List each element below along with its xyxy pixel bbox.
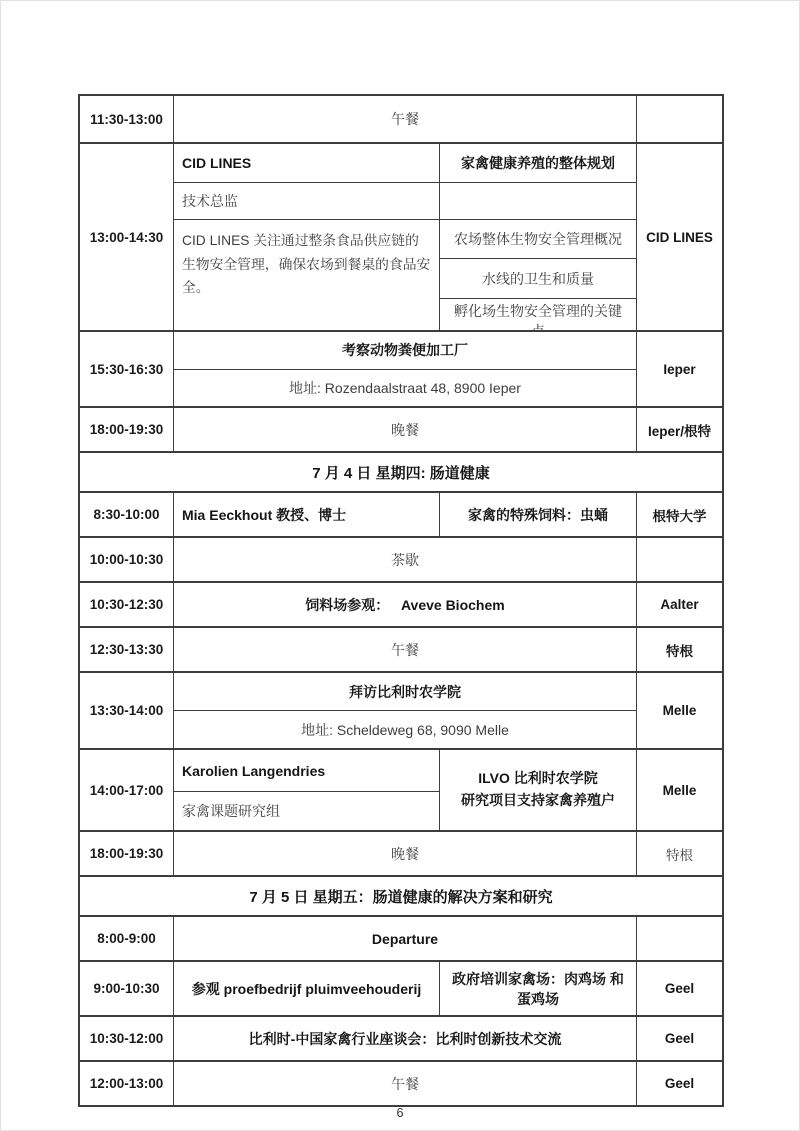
time-cell: 13:00-14:30 xyxy=(80,144,173,330)
time-cell: 12:00-13:00 xyxy=(80,1062,173,1105)
topic-main: 家禽健康养殖的整体规划 xyxy=(440,144,636,182)
activity-cell: 午餐 xyxy=(173,1062,636,1105)
time-cell: 18:00-19:30 xyxy=(80,832,173,875)
page-number: 6 xyxy=(1,1106,799,1120)
location-cell xyxy=(636,96,722,142)
location-cell: Melle xyxy=(636,750,722,830)
topic-column: 家禽的特殊饲料：虫蛹 xyxy=(439,493,636,536)
table-row-mia-eeckhout-lecture: 8:30-10:00 Mia Eeckhout 教授、博士 家禽的特殊饲料：虫蛹… xyxy=(80,491,722,536)
location-cell xyxy=(636,538,722,581)
time-cell: 13:30-14:00 xyxy=(80,673,173,748)
time-cell: 12:30-13:30 xyxy=(80,628,173,671)
speaker-column: CID LINES 技术总监 CID LINES 关注通过整条食品供应链的生物安… xyxy=(174,144,439,330)
schedule-table: 11:30-13:00 午餐 13:00-14:30 CID LINES 技术总… xyxy=(78,94,724,1107)
visit-content: 考察动物粪便加工厂 地址: Rozendaalstraat 48, 8900 I… xyxy=(173,332,636,406)
location-cell: Geel xyxy=(636,1062,722,1105)
day-header-title: 7 月 5 日 星期五：肠道健康的解决方案和研究 xyxy=(80,877,722,915)
visit-content: 拜访比利时农学院 地址: Scheldeweg 68, 9090 Melle xyxy=(173,673,636,748)
table-row-cid-lines-session: 13:00-14:30 CID LINES 技术总监 CID LINES 关注通… xyxy=(80,142,722,330)
location-cell: 根特大学 xyxy=(636,493,722,536)
document-page: 11:30-13:00 午餐 13:00-14:30 CID LINES 技术总… xyxy=(0,0,800,1131)
day-header-title: 7 月 4 日 星期四: 肠道健康 xyxy=(80,453,722,491)
topic-item: ILVO 比利时农学院 研究项目支持家禽养殖户 xyxy=(440,750,636,830)
visit-title: 拜访比利时农学院 xyxy=(174,673,636,710)
topic-column: ILVO 比利时农学院 研究项目支持家禽养殖户 xyxy=(439,750,636,830)
activity-cell: Departure xyxy=(173,917,636,960)
location-cell: Geel xyxy=(636,1017,722,1060)
speaker-column: Mia Eeckhout 教授、博士 xyxy=(174,493,439,536)
activity-cell: 茶歇 xyxy=(173,538,636,581)
location-cell: Ieper xyxy=(636,332,722,406)
table-row-lunch-day4: 12:30-13:30 午餐 特根 xyxy=(80,626,722,671)
location-cell: 特根 xyxy=(636,832,722,875)
speaker-name: Mia Eeckhout 教授、博士 xyxy=(174,493,439,536)
table-row-college-visit: 13:30-14:00 拜访比利时农学院 地址: Scheldeweg 68, … xyxy=(80,671,722,748)
location-cell: Geel xyxy=(636,962,722,1015)
table-row-feed-mill-visit: 10:30-12:30 饲料场参观： Aveve Biochem Aalter xyxy=(80,581,722,626)
visit-address: 地址: Scheldeweg 68, 9090 Melle xyxy=(174,710,636,748)
activity-cell: 饲料场参观： Aveve Biochem xyxy=(173,583,636,626)
topic-line: 研究项目支持家禽养殖户 xyxy=(461,790,615,812)
table-row-ilvo-session: 14:00-17:00 Karolien Langendries 家禽课题研究组… xyxy=(80,748,722,830)
speaker-name: Karolien Langendries xyxy=(174,750,439,791)
time-cell: 18:00-19:30 xyxy=(80,408,173,451)
speaker-column: Karolien Langendries 家禽课题研究组 xyxy=(174,750,439,830)
location-cell: Melle xyxy=(636,673,722,748)
visit-title: 参观 proefbedrijf pluimveehouderij xyxy=(174,962,439,1015)
table-row-dinner-day4: 18:00-19:30 晚餐 特根 xyxy=(80,830,722,875)
speaker-column: 参观 proefbedrijf pluimveehouderij xyxy=(174,962,439,1015)
table-row-manure-plant-visit: 15:30-16:30 考察动物粪便加工厂 地址: Rozendaalstraa… xyxy=(80,330,722,406)
speaker-description: CID LINES 关注通过整条食品供应链的生物安全管理，确保农场到餐桌的食品安… xyxy=(174,219,439,330)
topic-item: 农场整体生物安全管理概况 xyxy=(440,219,636,258)
speaker-title: 家禽课题研究组 xyxy=(174,791,439,830)
table-row-poultry-farm-visit: 9:00-10:30 参观 proefbedrijf pluimveehoude… xyxy=(80,960,722,1015)
table-row-symposium: 10:30-12:00 比利时-中国家禽行业座谈会：比利时创新技术交流 Geel xyxy=(80,1015,722,1060)
topic-column: 政府培训家禽场：肉鸡场 和蛋鸡场 xyxy=(439,962,636,1015)
table-row-lunch-day5: 12:00-13:00 午餐 Geel xyxy=(80,1060,722,1105)
day-header-july-5: 7 月 5 日 星期五：肠道健康的解决方案和研究 xyxy=(80,875,722,915)
session-content: 参观 proefbedrijf pluimveehouderij 政府培训家禽场… xyxy=(173,962,636,1015)
time-cell: 11:30-13:00 xyxy=(80,96,173,142)
day-header-july-4: 7 月 4 日 星期四: 肠道健康 xyxy=(80,451,722,491)
location-cell: CID LINES xyxy=(636,144,722,330)
location-cell xyxy=(636,917,722,960)
session-content: Karolien Langendries 家禽课题研究组 ILVO 比利时农学院… xyxy=(173,750,636,830)
session-content: Mia Eeckhout 教授、博士 家禽的特殊饲料：虫蛹 xyxy=(173,493,636,536)
location-cell: Ieper/根特 xyxy=(636,408,722,451)
activity-cell: 晚餐 xyxy=(173,408,636,451)
topic-item: 孵化场生物安全管理的关键点 xyxy=(440,298,636,330)
empty-cell xyxy=(440,182,636,219)
time-cell: 14:00-17:00 xyxy=(80,750,173,830)
time-cell: 10:00-10:30 xyxy=(80,538,173,581)
activity-cell: 午餐 xyxy=(173,628,636,671)
topic-line: ILVO 比利时农学院 xyxy=(478,768,598,790)
time-cell: 10:30-12:30 xyxy=(80,583,173,626)
location-cell: Aalter xyxy=(636,583,722,626)
time-cell: 8:30-10:00 xyxy=(80,493,173,536)
location-cell: 特根 xyxy=(636,628,722,671)
table-row-departure: 8:00-9:00 Departure xyxy=(80,915,722,960)
time-cell: 10:30-12:00 xyxy=(80,1017,173,1060)
time-cell: 8:00-9:00 xyxy=(80,917,173,960)
activity-cell: 晚餐 xyxy=(173,832,636,875)
visit-address: 地址: Rozendaalstraat 48, 8900 Ieper xyxy=(174,369,636,407)
speaker-title: 技术总监 xyxy=(174,182,439,219)
table-row-lunch-day3: 11:30-13:00 午餐 xyxy=(80,96,722,142)
visit-title: 考察动物粪便加工厂 xyxy=(174,332,636,369)
activity-cell: 午餐 xyxy=(173,96,636,142)
time-cell: 9:00-10:30 xyxy=(80,962,173,1015)
table-row-dinner-day3: 18:00-19:30 晚餐 Ieper/根特 xyxy=(80,406,722,451)
topic-column: 家禽健康养殖的整体规划 农场整体生物安全管理概况 水线的卫生和质量 孵化场生物安… xyxy=(439,144,636,330)
activity-cell: 比利时-中国家禽行业座谈会：比利时创新技术交流 xyxy=(173,1017,636,1060)
session-content: CID LINES 技术总监 CID LINES 关注通过整条食品供应链的生物安… xyxy=(173,144,636,330)
speaker-name: CID LINES xyxy=(174,144,439,182)
topic-item: 政府培训家禽场：肉鸡场 和蛋鸡场 xyxy=(440,962,636,1015)
topic-item: 水线的卫生和质量 xyxy=(440,258,636,298)
table-row-tea-break: 10:00-10:30 茶歇 xyxy=(80,536,722,581)
time-cell: 15:30-16:30 xyxy=(80,332,173,406)
topic-item: 家禽的特殊饲料：虫蛹 xyxy=(440,493,636,536)
